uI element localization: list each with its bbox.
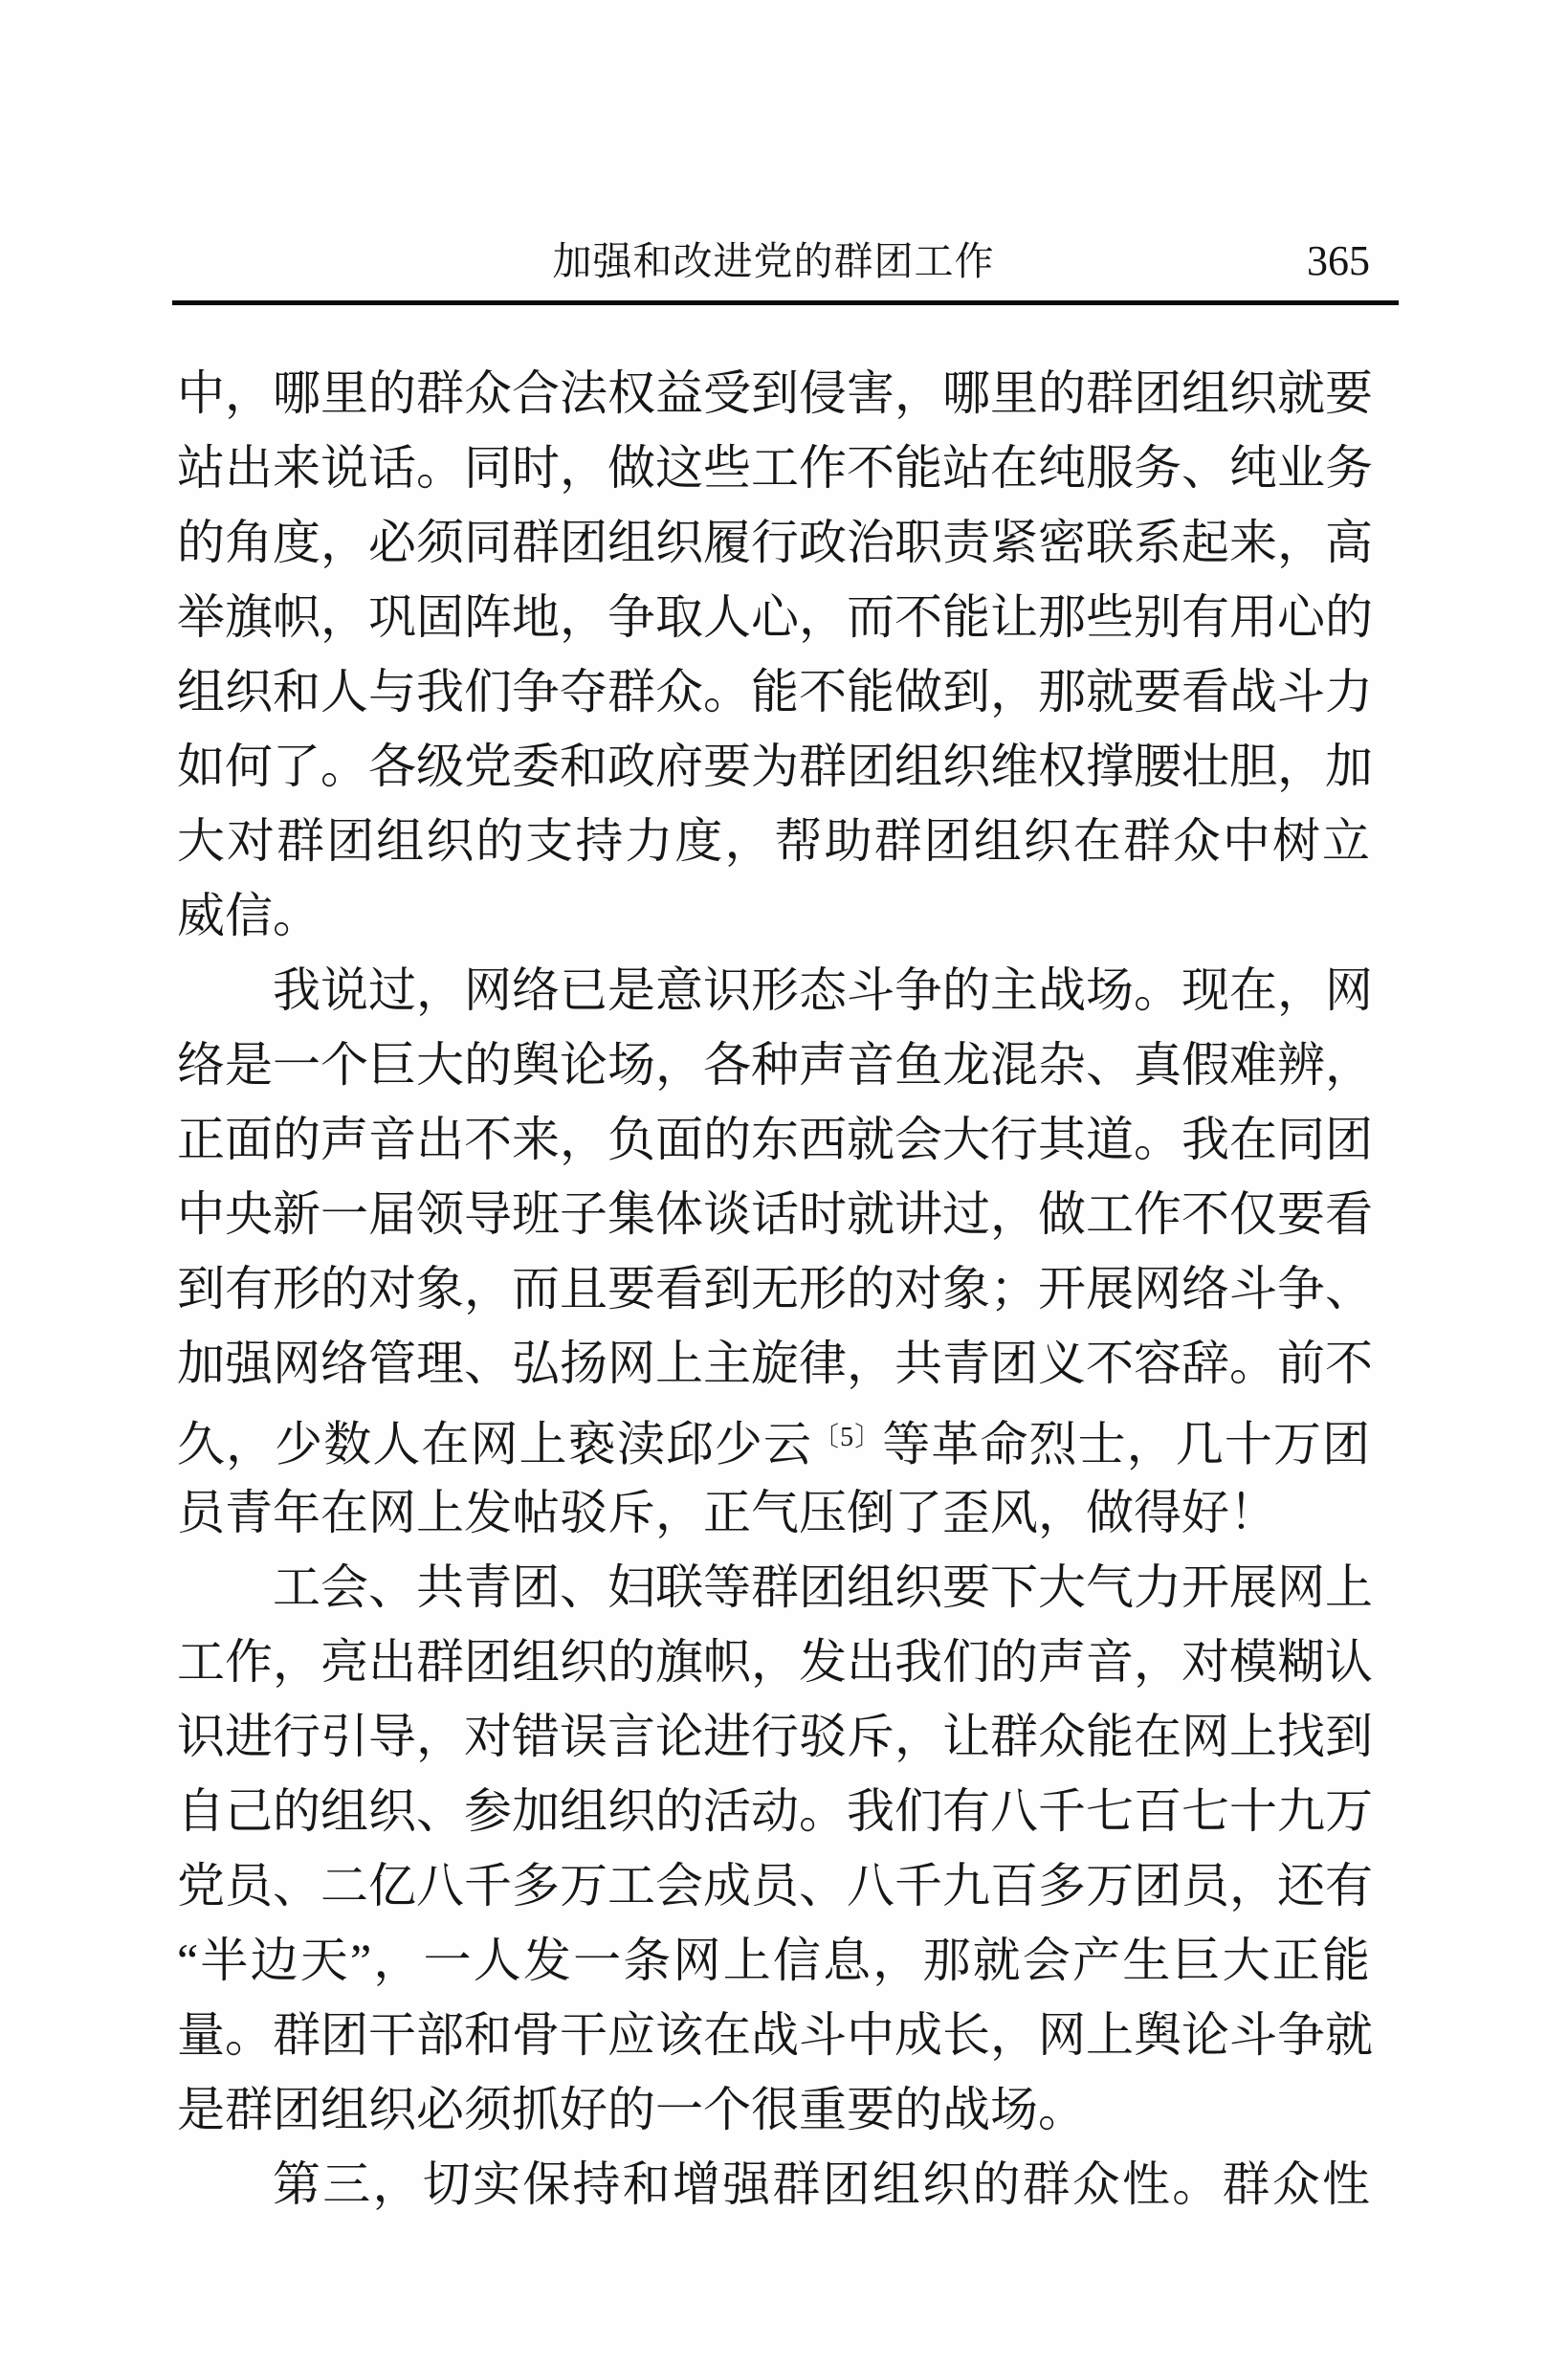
text-line: 加强网络管理、弘扬网上主旋律，共青团义不容辞。前不 xyxy=(177,1326,1370,1401)
text-line: 正面的声音出不来，负面的东西就会大行其道。我在同团 xyxy=(177,1102,1370,1177)
text-line: 工会、共青团、妇联等群团组织要下大气力开展网上 xyxy=(177,1550,1370,1625)
text-line: 自己的组织、参加组织的活动。我们有八千七百七十九万 xyxy=(177,1774,1370,1848)
text-line: “半边天”，一人发一条网上信息，那就会产生巨大正能 xyxy=(177,1923,1370,1998)
text-line: 到有形的对象，而且要看到无形的对象；开展网络斗争、 xyxy=(177,1251,1370,1326)
text-line: 络是一个巨大的舆论场，各种声音鱼龙混杂、真假难辨， xyxy=(177,1028,1370,1102)
text-line: 举旗帜，巩固阵地，争取人心，而不能让那些别有用心的 xyxy=(177,580,1370,654)
header-rule xyxy=(172,300,1399,305)
text-line: 威信。 xyxy=(177,878,1370,953)
text-line: 我说过，网络已是意识形态斗争的主战场。现在，网 xyxy=(177,953,1370,1028)
text-line: 量。群团干部和骨干应该在战斗中成长，网上舆论斗争就 xyxy=(177,1998,1370,2072)
text-line: 久，少数人在网上亵渎邱少云〔5〕等革命烈士，几十万团 xyxy=(177,1401,1370,1475)
text-line: 中，哪里的群众合法权益受到侵害，哪里的群团组织就要 xyxy=(177,356,1370,431)
text-line: 党员、二亿八千多万工会成员、八千九百多万团员，还有 xyxy=(177,1848,1370,1923)
text-line: 是群团组织必须抓好的一个很重要的战场。 xyxy=(177,2072,1370,2147)
text-line: 的角度，必须同群团组织履行政治职责紧密联系起来，高 xyxy=(177,505,1370,580)
text-line: 大对群团组织的支持力度，帮助群团组织在群众中树立 xyxy=(177,804,1370,878)
running-head-title: 加强和改进党的群团工作 xyxy=(177,232,1370,290)
footnote-marker: 〔5〕 xyxy=(812,1423,882,1452)
page-header: 加强和改进党的群团工作 365 xyxy=(177,232,1370,290)
text-line: 工作，亮出群团组织的旗帜，发出我们的声音，对模糊认 xyxy=(177,1625,1370,1699)
text-line: 识进行引导，对错误言论进行驳斥，让群众能在网上找到 xyxy=(177,1699,1370,1774)
text-line: 站出来说话。同时，做这些工作不能站在纯服务、纯业务 xyxy=(177,431,1370,505)
text-line: 中央新一届领导班子集体谈话时就讲过，做工作不仅要看 xyxy=(177,1177,1370,1251)
body-text: 中，哪里的群众合法权益受到侵害，哪里的群团组织就要站出来说话。同时，做这些工作不… xyxy=(177,356,1370,2222)
text-segment: 等革命烈士，几十万团 xyxy=(882,1417,1370,1470)
scanned-book-page: 加强和改进党的群团工作 365 中，哪里的群众合法权益受到侵害，哪里的群团组织就… xyxy=(0,0,1568,2366)
text-line: 第三，切实保持和增强群团组织的群众性。群众性 xyxy=(177,2147,1370,2222)
page-number: 365 xyxy=(1307,234,1370,288)
text-line: 组织和人与我们争夺群众。能不能做到，那就要看战斗力 xyxy=(177,654,1370,729)
text-line: 如何了。各级党委和政府要为群团组织维权撑腰壮胆，加 xyxy=(177,729,1370,804)
text-line: 员青年在网上发帖驳斥，正气压倒了歪风，做得好！ xyxy=(177,1475,1370,1550)
text-segment: 久，少数人在网上亵渎邱少云 xyxy=(177,1417,812,1470)
